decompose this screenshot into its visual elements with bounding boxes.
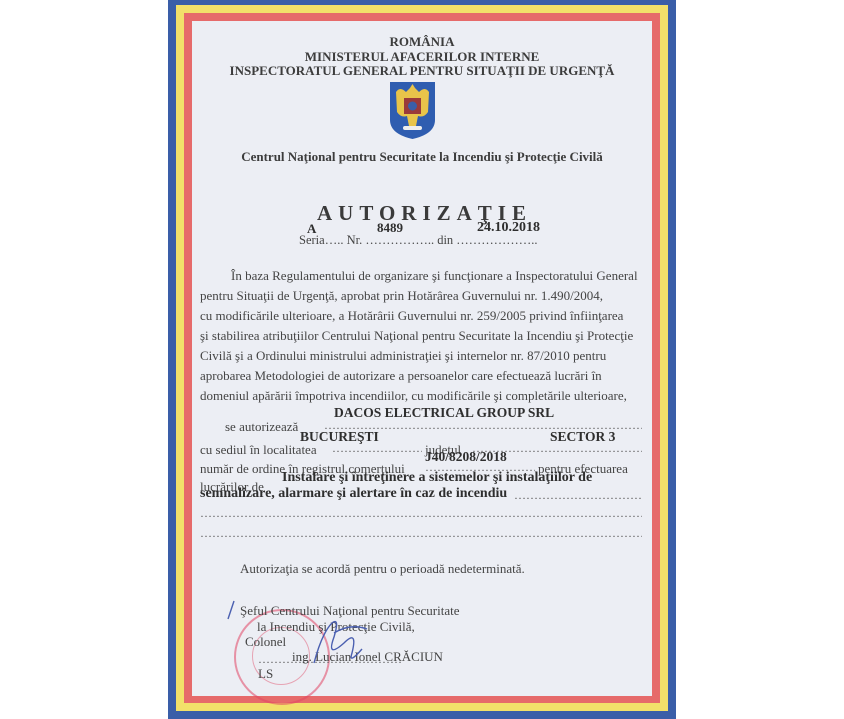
header-country: ROMÂNIA	[192, 34, 652, 50]
handwritten-signature-icon	[222, 593, 392, 673]
header-inspectorate: INSPECTORATUL GENERAL PENTRU SITUAŢII DE…	[192, 63, 652, 79]
romanian-coat-of-arms-icon	[388, 80, 437, 140]
body-line: În baza Regulamentului de organizare şi …	[231, 268, 638, 284]
document-page: ROMÂNIA MINISTERUL AFACERILOR INTERNE IN…	[192, 21, 652, 696]
blank-line-dots: ……………………………………………………………………………………………………	[200, 506, 642, 521]
body-line: cu modificările ulterioare, a Hotărârii …	[200, 308, 623, 324]
works-dots: ……………………………………………………………………………………………………	[514, 488, 642, 503]
locality-dots: ……………………………………………………………………………………………………	[332, 441, 422, 456]
body-line: Civilă şi a Ordinului ministrului admini…	[200, 348, 606, 364]
authorized-label: se autorizează	[225, 419, 298, 435]
body-line: domeniul apărării împotriva incendiilor,…	[200, 388, 627, 404]
works-value-line1: Instalare şi întreţinere a sistemelor şi…	[282, 470, 592, 486]
body-line: pentru Situaţii de Urgenţă, aprobat prin…	[200, 288, 603, 304]
body-line: şi stabilirea atribuţiilor Centrului Naţ…	[200, 328, 633, 344]
date-dots: ………………..	[456, 233, 537, 247]
locality-label: cu sediul în localitatea	[200, 442, 317, 458]
date-label: din	[437, 233, 453, 247]
series-label: Seria	[299, 233, 325, 247]
body-line: aprobarea Metodologiei de autorizare a p…	[200, 368, 602, 384]
works-value-line2: semnalizare, alarmare şi alertare în caz…	[200, 486, 507, 502]
nr-label: Nr.	[347, 233, 363, 247]
series-line: Seria….. Nr. …………….. din ………………..	[299, 233, 538, 248]
blank-line-dots: ……………………………………………………………………………………………………	[200, 526, 642, 541]
center-name: Centrul Naţional pentru Securitate la In…	[192, 149, 652, 165]
validity-statement: Autorizaţia se acordă pentru o perioadă …	[240, 561, 525, 577]
nr-dots: ……………..	[365, 233, 434, 247]
series-dots: …..	[325, 233, 344, 247]
